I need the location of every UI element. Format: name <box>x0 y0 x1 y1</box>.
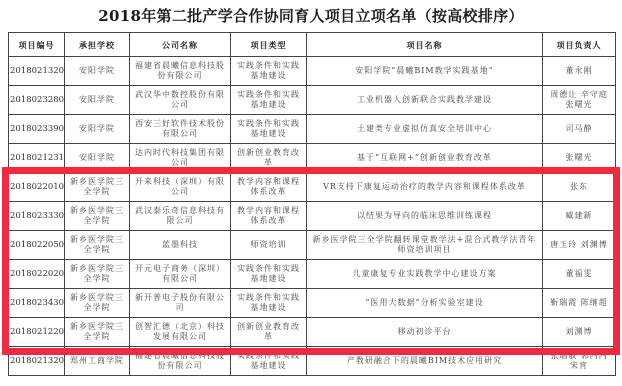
cell-project-name: 基于“互联网+”创新创业教育改革 <box>307 144 543 173</box>
header-project-id: 项目编号 <box>9 33 65 57</box>
table-row: 201802202023 新乡医学院三全学院 开元电子商务（深圳）有限公司 实践… <box>9 260 616 289</box>
cell-project-type: 创新创业教育改革 <box>231 144 307 173</box>
cell-leader: 周德让 辛守庭 张曙光 <box>543 86 616 115</box>
cell-leader: 臧建新 <box>543 202 616 231</box>
cell-project-type: 教学内容和课程体系改革 <box>231 202 307 231</box>
cell-company: 开元电子商务（深圳）有限公司 <box>130 260 231 289</box>
cell-project-id: 201802343020 <box>9 289 65 318</box>
cell-leader: 张曙光 <box>543 144 616 173</box>
table-row: 201802339045 安阳学院 西安三好软件技术股份有限公司 实践条件和实践… <box>9 115 616 144</box>
cell-project-name: 移动初诊平台 <box>307 318 543 347</box>
cell-school: 新乡医学院三全学院 <box>65 318 130 347</box>
table-row: 201802201022 新乡医学院三全学院 开来科技（深圳）有限公司 教学内容… <box>9 173 616 202</box>
cell-company: 新开普电子股份有限公司 <box>130 289 231 318</box>
cell-project-type: 实践条件和实践基地建设 <box>231 115 307 144</box>
cell-school: 新乡医学院三全学院 <box>65 289 130 318</box>
header-company: 公司名称 <box>130 33 231 57</box>
cell-company: 创智汇德（北京）科技发展有限公司 <box>130 318 231 347</box>
document-title: 2018年第二批产学合作协同育人项目立项名单（按高校排序） <box>0 5 622 26</box>
cell-leader: 董永刚 <box>543 57 616 86</box>
cell-project-name: 安阳学院“晨曦BIM教学实践基地” <box>307 57 543 86</box>
cell-company: 达内时代科技集团有限公司 <box>130 144 231 173</box>
table-header-row: 项目编号 承担学校 公司名称 项目类型 项目名称 项目负责人 <box>9 33 616 57</box>
project-list-table: 项目编号 承担学校 公司名称 项目类型 项目名称 项目负责人 201802132… <box>8 32 616 376</box>
cell-project-type: 教学内容和课程体系改革 <box>231 173 307 202</box>
cell-leader: 董福雯 <box>543 260 616 289</box>
cell-project-type: 实践条件和实践基地建设 <box>231 57 307 86</box>
cell-project-type: 实践条件和实践基地建设 <box>231 289 307 318</box>
cell-school: 安阳学院 <box>65 115 130 144</box>
cell-project-name: VR支持下康复运动治疗的教学内容和课程体系改革 <box>307 173 543 202</box>
cell-company: 开来科技（深圳）有限公司 <box>130 173 231 202</box>
cell-project-type: 创新创业教育改革 <box>231 318 307 347</box>
cell-project-name: 以结果为导向的临床思维训练课程 <box>307 202 543 231</box>
cell-project-name: “医用大数据”分析实验室建设 <box>307 289 543 318</box>
cell-leader: 唐玉玲 刘渊博 <box>543 231 616 260</box>
cell-project-name: 土建类专业虚拟仿真安全培训中心 <box>307 115 543 144</box>
cell-school: 安阳学院 <box>65 57 130 86</box>
cell-school: 新乡医学院三全学院 <box>65 173 130 202</box>
cell-project-id: 201802333010 <box>9 202 65 231</box>
cell-company: 西安三好软件技术股份有限公司 <box>130 115 231 144</box>
cell-leader: 刘渊博 <box>543 318 616 347</box>
cell-project-id: 201802339045 <box>9 115 65 144</box>
cell-project-name: 新乡医学院三全学院翻转课堂教学法+混合式教学法青年师资培训项目 <box>307 231 543 260</box>
cell-project-type: 实践条件和实践基地建设 <box>231 347 307 376</box>
table-row: 201802132051 郑州工商学院 福建省晨曦信息科技股份有限公司 实践条件… <box>9 347 616 376</box>
cell-leader: 靳瑞霞 陈继超 <box>543 289 616 318</box>
table-row: 201802122035 新乡医学院三全学院 创智汇德（北京）科技发展有限公司 … <box>9 318 616 347</box>
header-project-name: 项目名称 <box>307 33 543 57</box>
cell-company: 武汉华中数控股份有限公司 <box>130 86 231 115</box>
cell-project-type: 师资培训 <box>231 231 307 260</box>
cell-school: 安阳学院 <box>65 144 130 173</box>
cell-school: 新乡医学院三全学院 <box>65 260 130 289</box>
cell-company: 武汉泰乐奇信息科技有限公司 <box>130 202 231 231</box>
cell-project-type: 实践条件和实践基地建设 <box>231 260 307 289</box>
cell-leader: 张东 <box>543 173 616 202</box>
table-row: 201802205082 新乡医学院三全学院 蓝墨科技 师资培训 新乡医学院三全… <box>9 231 616 260</box>
cell-school: 安阳学院 <box>65 86 130 115</box>
cell-company: 福建省晨曦信息科技股份有限公司 <box>130 347 231 376</box>
header-leader: 项目负责人 <box>543 33 616 57</box>
cell-leader: 司马静 <box>543 115 616 144</box>
cell-project-id: 201802328045 <box>9 86 65 115</box>
cell-school: 新乡医学院三全学院 <box>65 202 130 231</box>
cell-company: 蓝墨科技 <box>130 231 231 260</box>
header-project-type: 项目类型 <box>231 33 307 57</box>
table-row: 201802132068 安阳学院 福建省晨曦信息科技股份有限公司 实践条件和实… <box>9 57 616 86</box>
header-school: 承担学校 <box>65 33 130 57</box>
cell-project-id: 201802132068 <box>9 57 65 86</box>
cell-project-id: 201802132051 <box>9 347 65 376</box>
cell-leader: 张瑞敏 郭内内 宋宵 <box>543 347 616 376</box>
table-row: 201802328045 安阳学院 武汉华中数控股份有限公司 实践条件和实践基地… <box>9 86 616 115</box>
cell-project-id: 201802123125 <box>9 144 65 173</box>
cell-project-id: 201802122035 <box>9 318 65 347</box>
cell-project-type: 实践条件和实践基地建设 <box>231 86 307 115</box>
cell-company: 福建省晨曦信息科技股份有限公司 <box>130 57 231 86</box>
table-row: 201802123125 安阳学院 达内时代科技集团有限公司 创新创业教育改革 … <box>9 144 616 173</box>
cell-school: 郑州工商学院 <box>65 347 130 376</box>
cell-project-id: 201802201022 <box>9 173 65 202</box>
table-row: 201802333010 新乡医学院三全学院 武汉泰乐奇信息科技有限公司 教学内… <box>9 202 616 231</box>
cell-project-id: 201802205082 <box>9 231 65 260</box>
cell-project-name: 产教研融合下的晨曦BIM技术应用研究 <box>307 347 543 376</box>
table-row: 201802343020 新乡医学院三全学院 新开普电子股份有限公司 实践条件和… <box>9 289 616 318</box>
cell-project-id: 201802202023 <box>9 260 65 289</box>
cell-project-name: 儿童康复专业实践教学中心建设方案 <box>307 260 543 289</box>
cell-project-name: 工业机器人创新联合实践教学建设 <box>307 86 543 115</box>
cell-school: 新乡医学院三全学院 <box>65 231 130 260</box>
